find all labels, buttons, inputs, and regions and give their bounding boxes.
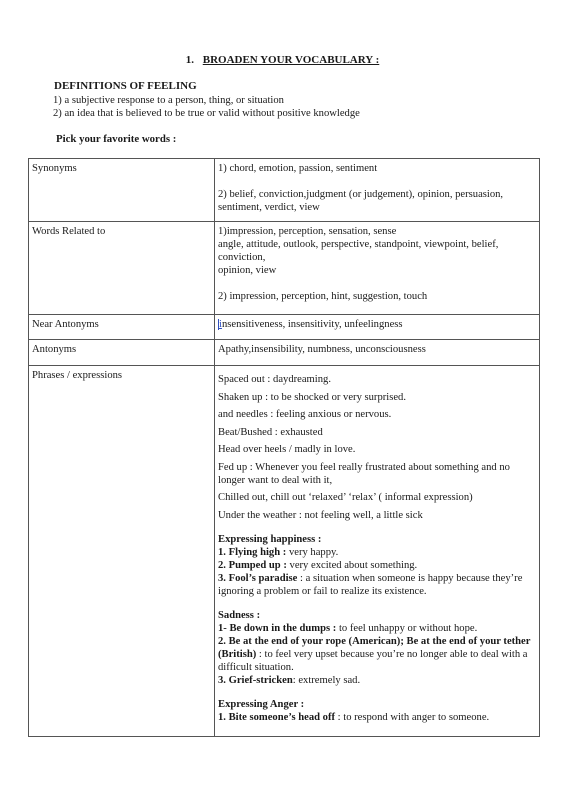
near-antonyms-text: nsensitiveness, insensitivity, unfeeling… bbox=[222, 319, 403, 330]
row-value: Spaced out : daydreaming. Shaken up : to… bbox=[215, 366, 540, 737]
expression-term: 3. Fool’s paradise bbox=[218, 573, 297, 584]
expression-term: 1. Flying high : bbox=[218, 547, 286, 558]
phrase-line: Spaced out : daydreaming. bbox=[218, 373, 536, 386]
expression-definition: : extremely sad. bbox=[293, 675, 360, 686]
row-label: Phrases / expressions bbox=[29, 366, 215, 737]
expression-term: 1. Bite someone’s head off bbox=[218, 712, 335, 723]
definitions-block: DEFINITIONS OF FEELING 1) a subjective r… bbox=[53, 80, 360, 121]
row-value: 1) chord, emotion, passion, sentiment 2)… bbox=[215, 159, 540, 222]
phrase-line: Under the weather : not feeling well, a … bbox=[218, 509, 536, 522]
phrase-line: and needles : feeling anxious or nervous… bbox=[218, 408, 536, 421]
definition-item: 2) an idea that is believed to be true o… bbox=[53, 107, 360, 121]
expression-term: 3. Grief-stricken bbox=[218, 675, 293, 686]
anger-group: Expressing Anger : 1. Bite someone’s hea… bbox=[218, 698, 536, 724]
sadness-group: Sadness : 1- Be down in the dumps : to f… bbox=[218, 609, 536, 687]
related-line: opinion, view bbox=[218, 264, 536, 277]
table-row-antonyms: Antonyms Apathy,insensibility, numbness,… bbox=[29, 340, 540, 366]
expression-term: 2. Pumped up : bbox=[218, 560, 287, 571]
phrase-line: Chilled out, chill out ‘relaxed’ ‘relax’… bbox=[218, 491, 536, 504]
table-row-near-antonyms: Near Antonyms insensitiveness, insensiti… bbox=[29, 315, 540, 340]
expression-definition: : to respond with anger to someone. bbox=[335, 712, 489, 723]
group-title: Expressing Anger : bbox=[218, 698, 536, 711]
expression-item: 1. Bite someone’s head off : to respond … bbox=[218, 711, 536, 724]
expression-item: 1- Be down in the dumps : to feel unhapp… bbox=[218, 622, 536, 635]
table-row-related: Words Related to 1)impression, perceptio… bbox=[29, 222, 540, 315]
vocabulary-table: Synonyms 1) chord, emotion, passion, sen… bbox=[28, 158, 540, 737]
row-label: Near Antonyms bbox=[29, 315, 215, 340]
synonyms-line: 1) chord, emotion, passion, sentiment bbox=[218, 162, 536, 175]
expression-definition: to feel unhappy or without hope. bbox=[336, 623, 477, 634]
expression-item: 2. Be at the end of your rope (American)… bbox=[218, 635, 536, 674]
pick-label: Pick your favorite words : bbox=[56, 133, 176, 145]
happiness-group: Expressing happiness : 1. Flying high : … bbox=[218, 533, 536, 598]
section-heading: 1. BROADEN YOUR VOCABULARY : bbox=[0, 54, 565, 66]
expression-item: 3. Fool’s paradise : a situation when so… bbox=[218, 572, 536, 598]
expression-item: 2. Pumped up : very excited about someth… bbox=[218, 559, 536, 572]
row-label: Antonyms bbox=[29, 340, 215, 366]
definitions-title: DEFINITIONS OF FEELING bbox=[54, 80, 360, 94]
phrase-line: Fed up : Whenever you feel really frustr… bbox=[218, 461, 536, 487]
expression-definition: very happy. bbox=[286, 547, 338, 558]
related-line: 2) impression, perception, hint, suggest… bbox=[218, 290, 536, 303]
row-value: insensitiveness, insensitivity, unfeelin… bbox=[215, 315, 540, 340]
group-title: Sadness : bbox=[218, 609, 536, 622]
phrase-line: Shaken up : to be shocked or very surpri… bbox=[218, 391, 536, 404]
related-line: 1)impression, perception, sensation, sen… bbox=[218, 225, 536, 238]
phrase-line: Head over heels / madly in love. bbox=[218, 443, 536, 456]
definition-item: 1) a subjective response to a person, th… bbox=[53, 94, 360, 108]
phrase-line: Beat/Bushed : exhausted bbox=[218, 426, 536, 439]
expression-definition: : to feel very upset because you’re no l… bbox=[218, 649, 527, 673]
row-label: Words Related to bbox=[29, 222, 215, 315]
row-value: 1)impression, perception, sensation, sen… bbox=[215, 222, 540, 315]
synonyms-line: 2) belief, conviction,judgment (or judge… bbox=[218, 188, 536, 214]
row-label: Synonyms bbox=[29, 159, 215, 222]
group-title: Expressing happiness : bbox=[218, 533, 536, 546]
section-number: 1. bbox=[186, 54, 194, 66]
section-title: BROADEN YOUR VOCABULARY : bbox=[203, 54, 380, 66]
row-value: Apathy,insensibility, numbness, unconsci… bbox=[215, 340, 540, 366]
related-line: angle, attitude, outlook, perspective, s… bbox=[218, 238, 536, 264]
expression-term: 1- Be down in the dumps : bbox=[218, 623, 336, 634]
table-row-phrases: Phrases / expressions Spaced out : daydr… bbox=[29, 366, 540, 737]
expression-item: 3. Grief-stricken: extremely sad. bbox=[218, 674, 536, 687]
table-row-synonyms: Synonyms 1) chord, emotion, passion, sen… bbox=[29, 159, 540, 222]
expression-definition: very excited about something. bbox=[287, 560, 417, 571]
expression-item: 1. Flying high : very happy. bbox=[218, 546, 536, 559]
